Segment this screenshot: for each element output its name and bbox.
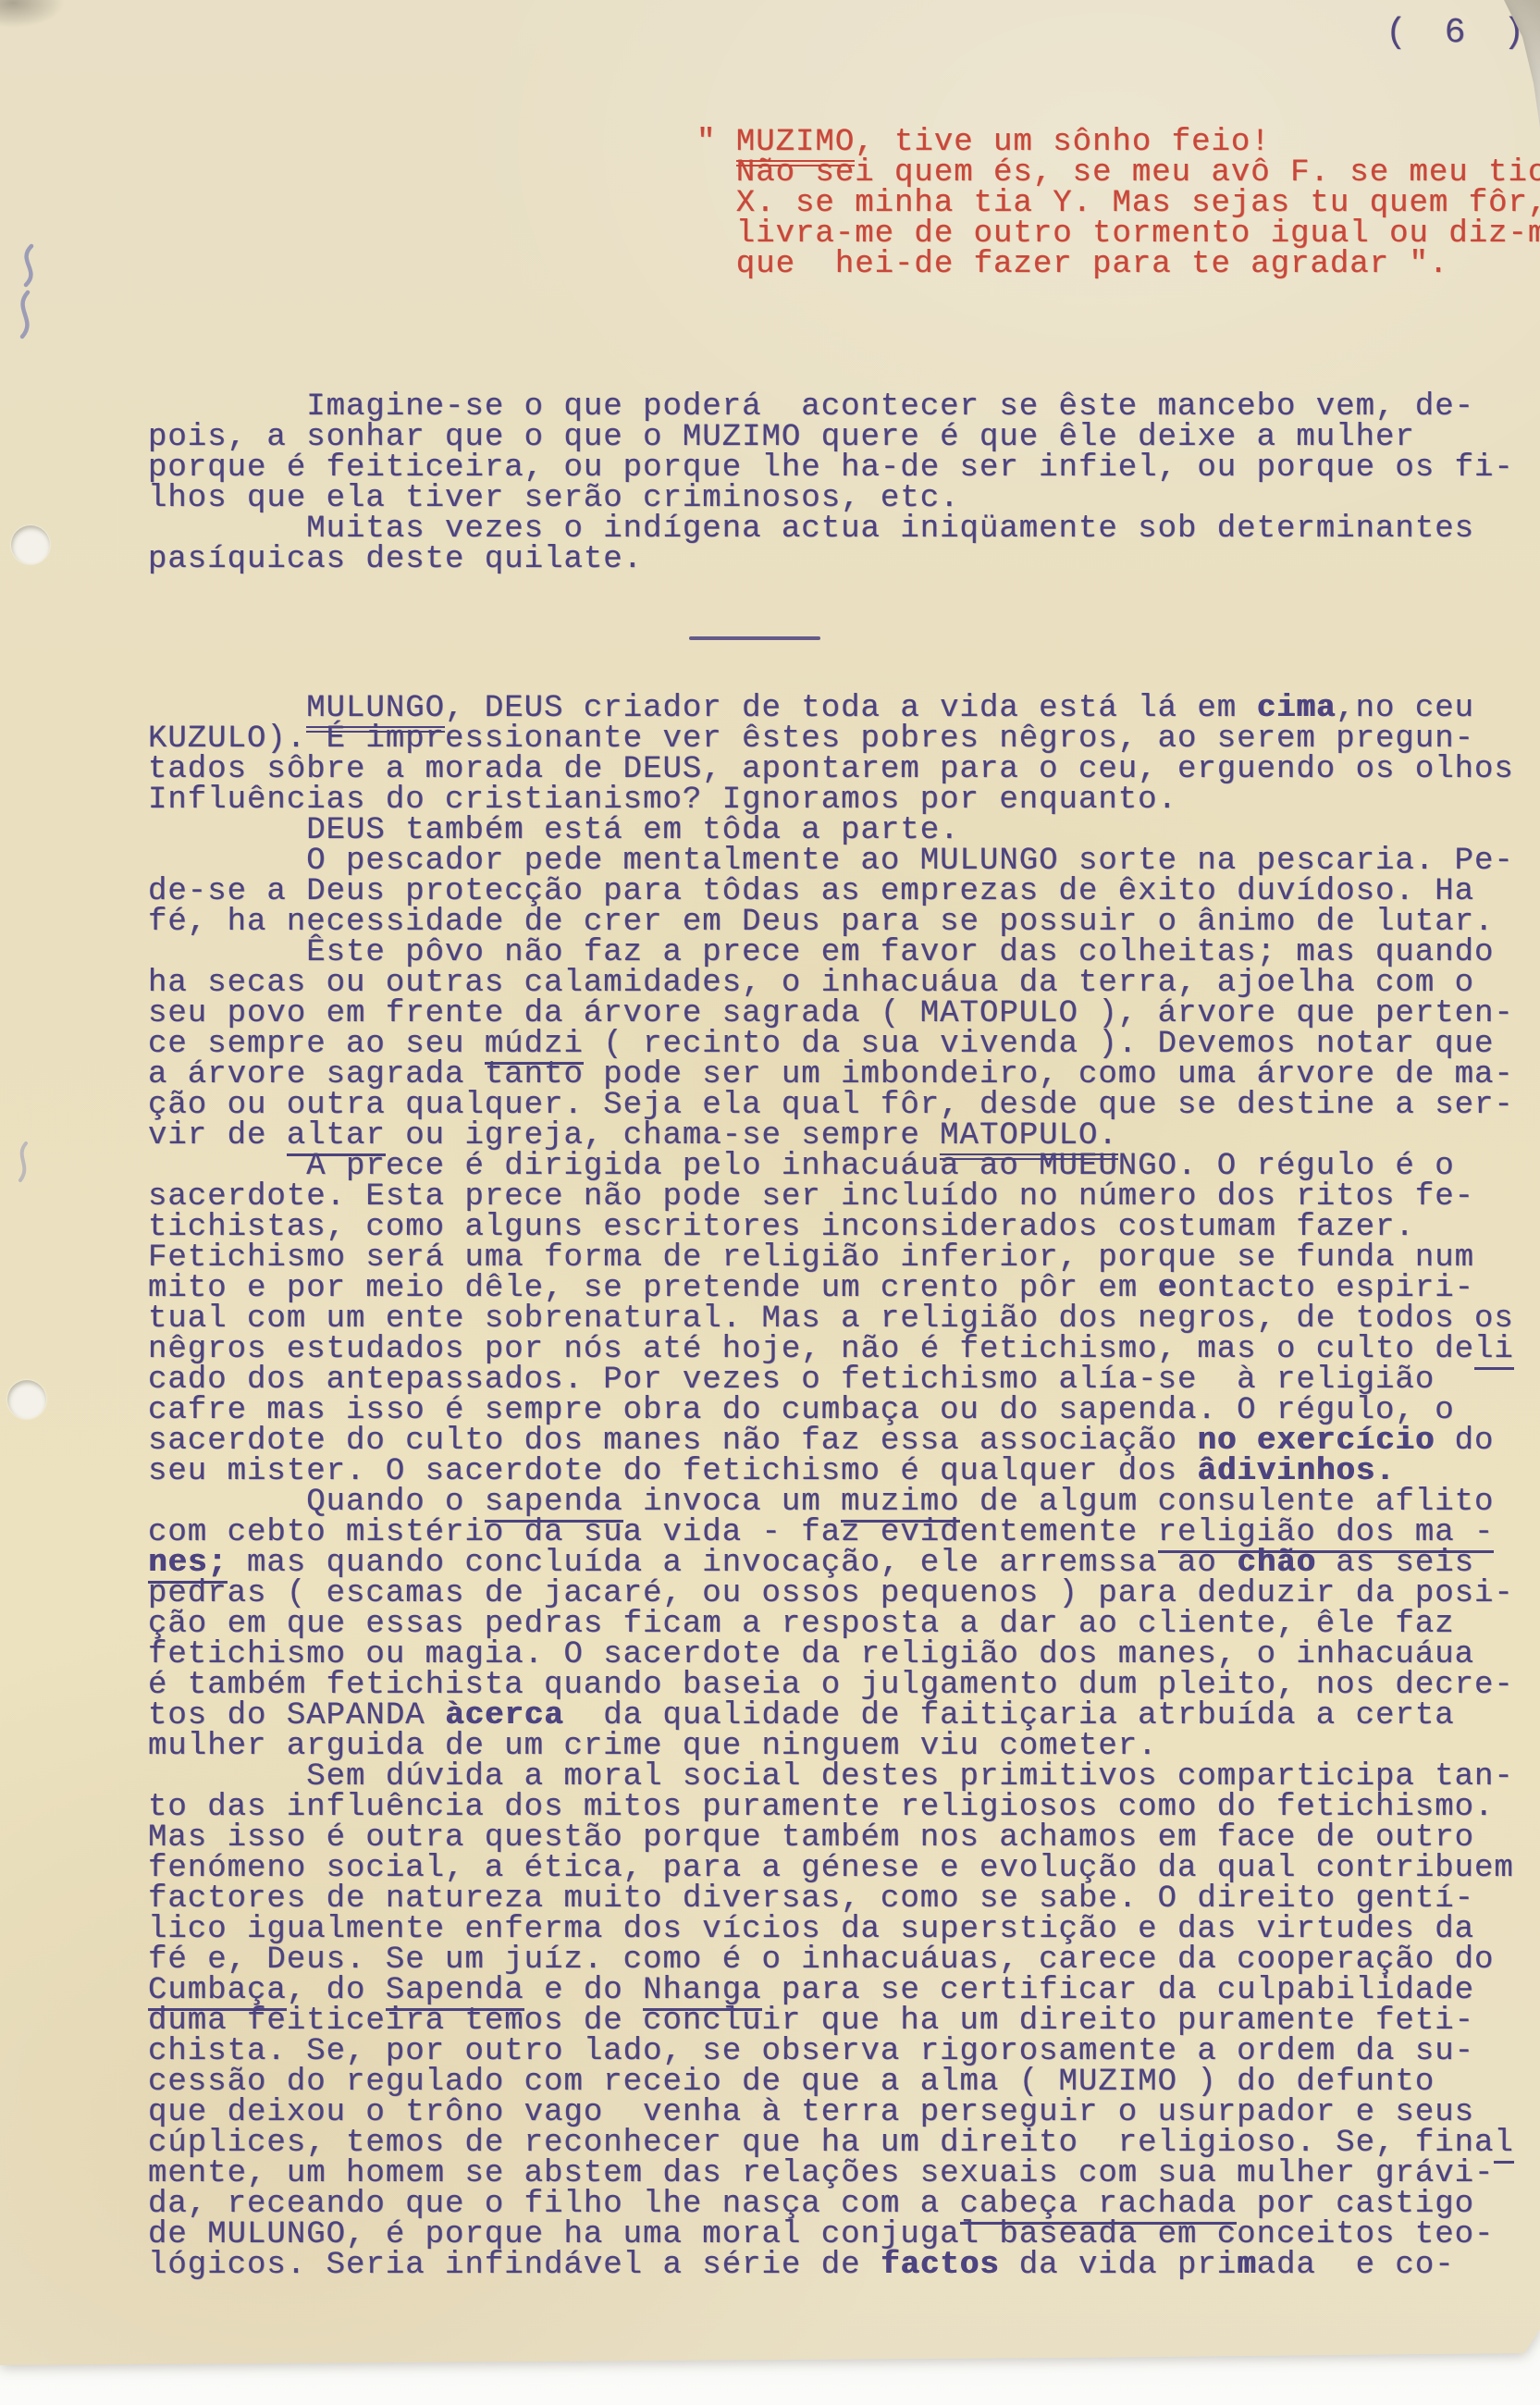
corner-smudge bbox=[0, 0, 65, 28]
text-line: da, receando que o filho lhe nasça com a… bbox=[148, 2189, 1514, 2220]
scanned-typewritten-page: { "page": { "number_label": "( 6 )", "in… bbox=[0, 0, 1540, 2405]
text-line: tichistas, como alguns escritores incons… bbox=[148, 1213, 1514, 1243]
text-line: sacerdote do culto dos manes não faz ess… bbox=[148, 1426, 1514, 1457]
text-line: fenómeno social, a ética, para a génese … bbox=[148, 1854, 1514, 1884]
intro-paragraph: Imagine-se o que poderá acontecer se êst… bbox=[148, 392, 1514, 575]
text-line: KUZULO). É impressionante ver êstes pobr… bbox=[148, 724, 1514, 755]
paper-sheet: ( 6 ) " MUZIMO, tive um sônho feio! Não … bbox=[0, 0, 1540, 2405]
text-line: " MUZIMO, tive um sônho feio! bbox=[696, 128, 1540, 158]
text-line: sacerdote. Esta prece não pode ser inclu… bbox=[148, 1182, 1514, 1213]
text-line: mulher arguida de um crime que ninguem v… bbox=[148, 1732, 1514, 1762]
red-quote-block: " MUZIMO, tive um sônho feio! Não sei qu… bbox=[696, 128, 1540, 280]
text-line: Mas isso é outra questão porque também n… bbox=[148, 1823, 1514, 1854]
text-line: O pescador pede mentalmente ao MULUNGO s… bbox=[148, 846, 1514, 877]
text-line: Muitas vezes o indígena actua iniqüament… bbox=[148, 514, 1514, 545]
text-line: fé, ha necessidade de crer em Deus para … bbox=[148, 907, 1514, 938]
text-line: tos do SAPANDA àcerca da qualidade de fa… bbox=[148, 1701, 1514, 1732]
text-line: pedras ( escamas de jacaré, ou ossos peq… bbox=[148, 1579, 1514, 1609]
margin-mark-icon bbox=[4, 1138, 41, 1202]
text-line: cado dos antepassados. Por vezes o fetic… bbox=[148, 1365, 1514, 1396]
margin-scribble-icon bbox=[0, 239, 59, 359]
text-line: é também fetichista quando baseia o julg… bbox=[148, 1671, 1514, 1701]
text-line: Influências do cristianismo? Ignoramos p… bbox=[148, 785, 1514, 816]
text-line: que deixou o trôno vago venha à terra pe… bbox=[148, 2098, 1514, 2128]
text-line: tados sôbre a morada de DEUS, apontarem … bbox=[148, 755, 1514, 785]
text-line: ce sempre ao seu múdzi ( recinto da sua … bbox=[148, 1030, 1514, 1060]
text-line: seu povo em frente da árvore sagrada ( M… bbox=[148, 999, 1514, 1030]
text-line: de MULUNGO, é porque ha uma moral conjug… bbox=[148, 2220, 1514, 2251]
punch-hole-top bbox=[11, 525, 50, 564]
text-line: A prece é dirigida pelo inhacuáua ao MUE… bbox=[148, 1152, 1514, 1182]
text-line: DEUS também está em tôda a parte. bbox=[148, 816, 1514, 846]
text-line: to das influência dos mitos puramente re… bbox=[148, 1793, 1514, 1823]
text-line: fetichismo ou magia. O sacerdote da reli… bbox=[148, 1640, 1514, 1671]
main-body-text: MULUNGO, DEUS criador de toda a vida est… bbox=[148, 694, 1514, 2281]
text-line: que hei-de fazer para te agradar ". bbox=[696, 250, 1540, 280]
text-line: a árvore sagrada tanto pode ser um imbon… bbox=[148, 1060, 1514, 1091]
text-line: com cebto mistério da sua vida - faz evi… bbox=[148, 1518, 1514, 1548]
section-divider-line bbox=[689, 636, 820, 640]
text-line: X. se minha tia Y. Mas sejas tu quem fôr… bbox=[696, 189, 1540, 219]
text-line: Cumbaça, do Sapenda e do Nhanga para se … bbox=[148, 1976, 1514, 2006]
text-line: pois, a sonhar que o que o MUZIMO quere … bbox=[148, 423, 1514, 453]
text-line: duma feiticeira temos de concluir que ha… bbox=[148, 2006, 1514, 2037]
punch-hole-bottom bbox=[7, 1380, 46, 1419]
text-line: pasíquicas deste quilate. bbox=[148, 545, 1514, 575]
text-line: vir de altar ou igreja, chama-se sempre … bbox=[148, 1121, 1514, 1152]
text-line: ha secas ou outras calamidades, o inhacu… bbox=[148, 968, 1514, 999]
text-line: lógicos. Seria infindável a série de fac… bbox=[148, 2251, 1514, 2281]
text-line: Quando o sapenda invoca um muzimo de alg… bbox=[148, 1487, 1514, 1518]
text-line: ção ou outra qualquer. Seja ela qual fôr… bbox=[148, 1091, 1514, 1121]
text-line: fé e, Deus. Se um juíz. como é o inhacuá… bbox=[148, 1945, 1514, 1976]
text-line: cúplices, temos de reconhecer que ha um … bbox=[148, 2128, 1514, 2159]
text-line: Sem dúvida a moral social destes primiti… bbox=[148, 1762, 1514, 1793]
text-line: nêgros estudados por nós até hoje, não é… bbox=[148, 1335, 1514, 1365]
text-line: nes; mas quando concluída a invocação, e… bbox=[148, 1548, 1514, 1579]
text-line: factores de natureza muito diversas, com… bbox=[148, 1884, 1514, 1915]
text-line: lhos que ela tiver serão criminosos, etc… bbox=[148, 484, 1514, 514]
text-line: lico igualmente enferma dos vícios da su… bbox=[148, 1915, 1514, 1945]
text-line: ção em que essas pedras ficam a resposta… bbox=[148, 1609, 1514, 1640]
text-line: de-se a Deus protecção para tôdas as emp… bbox=[148, 877, 1514, 907]
text-line: mente, um homem se abstem das relações s… bbox=[148, 2159, 1514, 2189]
text-line: seu mister. O sacerdote do fetichismo é … bbox=[148, 1457, 1514, 1487]
text-line: Êste pôvo não faz a prece em favor das c… bbox=[148, 938, 1514, 968]
text-line: porque é feiticeira, ou porque lhe ha-de… bbox=[148, 453, 1514, 484]
text-line: Não sei quem és, se meu avô F. se meu ti… bbox=[696, 158, 1540, 189]
text-line: cessão do regulado com receio de que a a… bbox=[148, 2067, 1514, 2098]
page-number: ( 6 ) bbox=[1386, 13, 1533, 53]
text-line: mito e por meio dêle, se pretende um cre… bbox=[148, 1274, 1514, 1304]
text-line: cafre mas isso é sempre obra do cumbaça … bbox=[148, 1396, 1514, 1426]
text-line: Imagine-se o que poderá acontecer se êst… bbox=[148, 392, 1514, 423]
text-line: Fetichismo será uma forma de religião in… bbox=[148, 1243, 1514, 1274]
text-line: livra-me de outro tormento igual ou diz-… bbox=[696, 219, 1540, 250]
text-line: chista. Se, por outro lado, se observa r… bbox=[148, 2037, 1514, 2067]
text-line: MULUNGO, DEUS criador de toda a vida est… bbox=[148, 694, 1514, 724]
text-line: tual com um ente sobrenatural. Mas a rel… bbox=[148, 1304, 1514, 1335]
paper-wrap: ( 6 ) " MUZIMO, tive um sônho feio! Não … bbox=[0, 0, 1540, 2405]
